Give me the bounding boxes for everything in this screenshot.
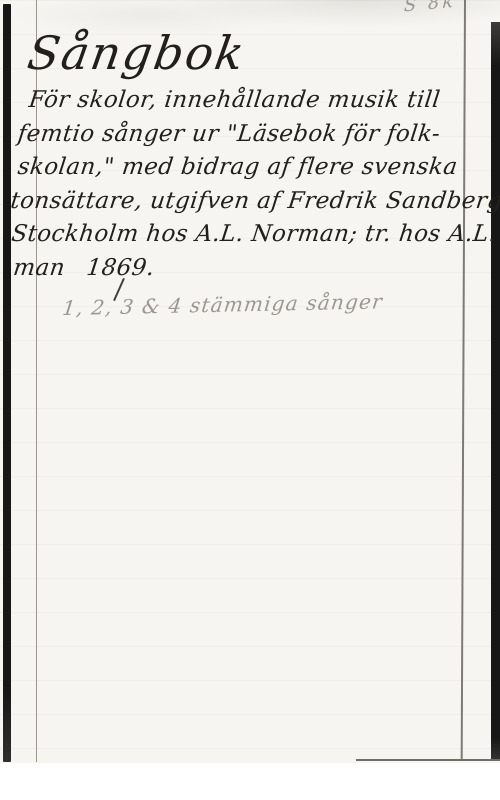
- scan-edge-left: [3, 4, 11, 762]
- entry-line: Stockholm hos A.L. Norman; tr. hos A.L. …: [9, 218, 500, 252]
- pencil-annotation: 1, 2, 3 & 4 stämmiga sånger: [61, 289, 384, 320]
- pencil-shelfmark: S 8k: [404, 0, 457, 16]
- entry-line: skolan," med bidrag af flere svenska: [16, 151, 500, 185]
- handwritten-entry: För skolor, innehållande musik till femt…: [3, 84, 500, 286]
- card-rule-bottom: [356, 759, 500, 761]
- handwritten-title: Sångbok: [24, 26, 250, 80]
- scanner-background: [0, 763, 500, 800]
- entry-line: man 1869.: [11, 252, 500, 286]
- entry-line: femtio sånger ur "Läsebok för folk-: [16, 118, 500, 152]
- entry-line: För skolor, innehållande musik till: [27, 84, 500, 118]
- scanned-document-image: S 8k Sångbok För skolor, innehållande mu…: [0, 0, 500, 800]
- entry-line: tonsättare, utgifven af Fredrik Sandberg…: [9, 185, 500, 219]
- catalog-card: S 8k Sångbok För skolor, innehållande mu…: [0, 0, 500, 763]
